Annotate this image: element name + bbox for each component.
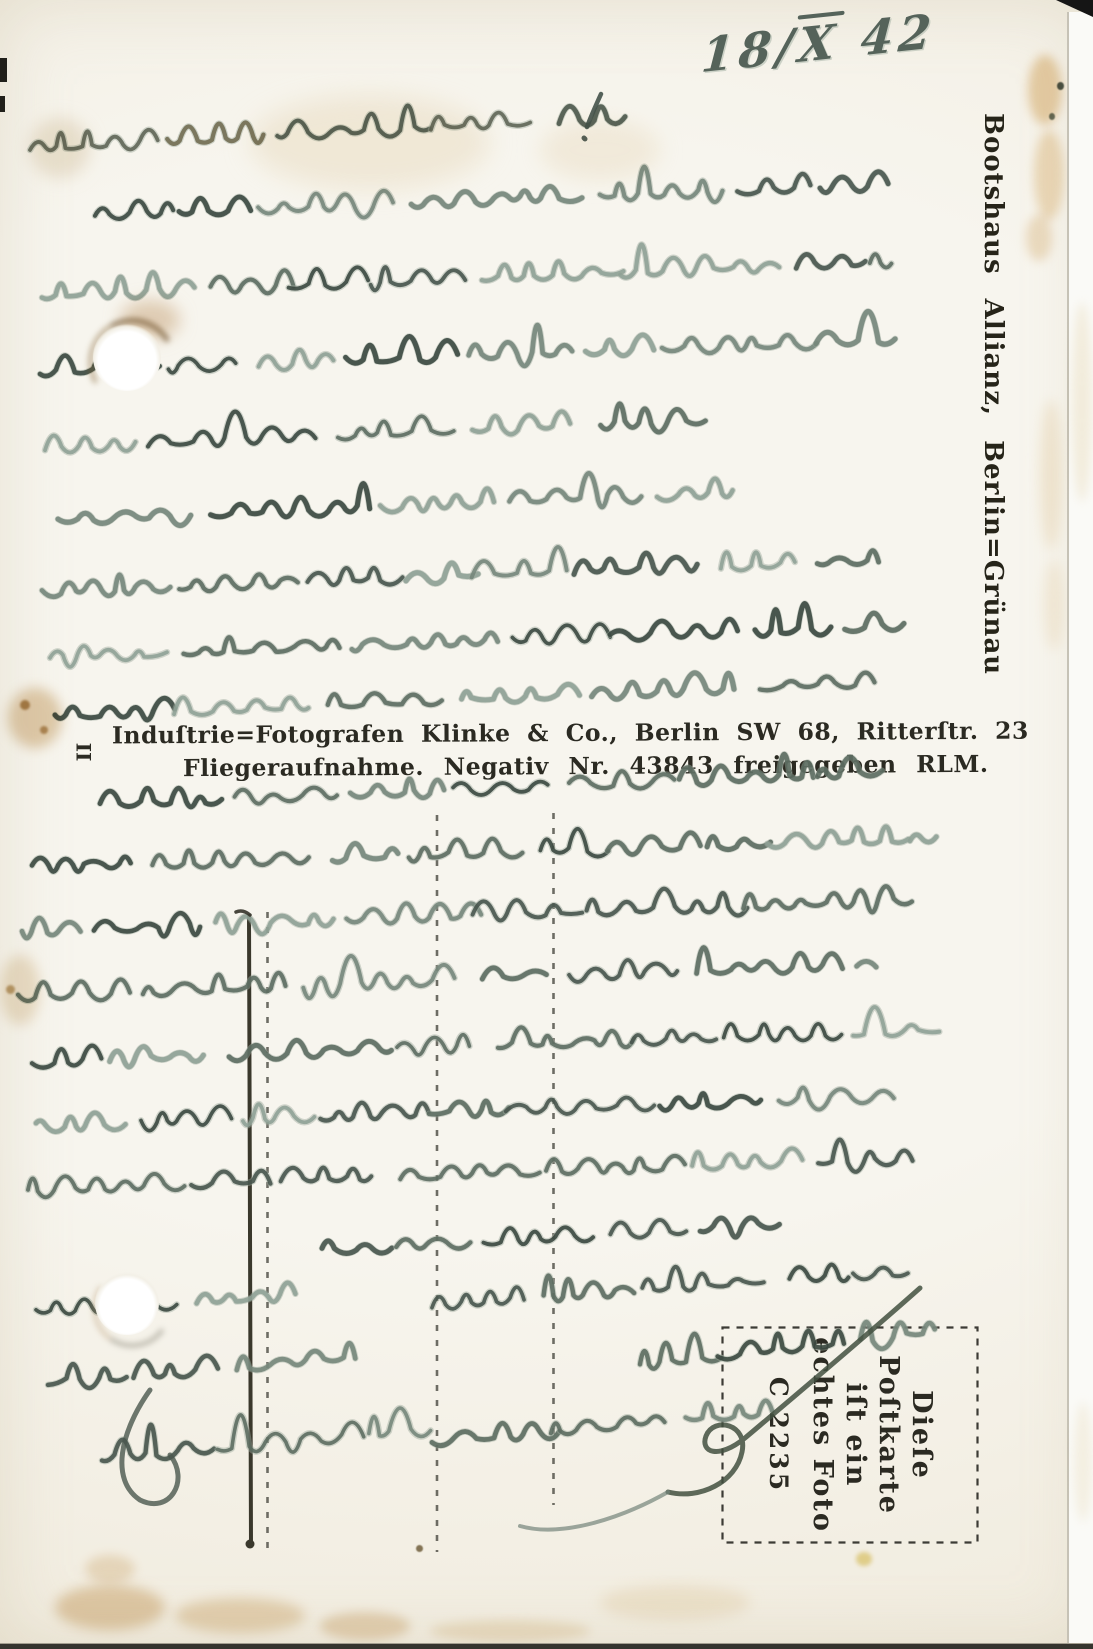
handwriting-stroke (36, 1113, 126, 1132)
scan-side-strip (1067, 12, 1093, 1646)
handwriting-stroke (369, 1408, 431, 1436)
handwriting-stroke (662, 335, 817, 353)
handwriting-stroke (697, 948, 843, 974)
handwriting-stroke (818, 1140, 912, 1172)
handwriting-stroke (853, 1007, 939, 1036)
scan-bottom-edge (0, 1643, 1093, 1649)
handwriting-stroke (322, 1241, 392, 1253)
punch-hole-top (93, 323, 161, 391)
handwriting-stroke (110, 1047, 204, 1067)
handwriting-stroke (22, 918, 81, 938)
punch-hole-bottom (95, 1271, 159, 1335)
handwriting-stroke (607, 833, 700, 855)
handwriting-stroke (816, 311, 895, 344)
handwriting-stroke (211, 483, 370, 516)
handwriting-stroke (237, 1343, 355, 1370)
handwriting-stroke (498, 1027, 634, 1048)
handwriting-stroke (592, 673, 734, 699)
handwriting-stroke (584, 138, 585, 139)
postcard-scan: Bootshaus Allianz, Berlin=Grünau Induſtr… (0, 0, 1093, 1649)
handwriting-stroke (350, 779, 444, 798)
handwriting-stroke (396, 1239, 470, 1249)
handwriting-stroke (42, 272, 194, 299)
handwriting-stroke (100, 788, 222, 807)
handwriting-stroke (642, 1267, 764, 1291)
handwriting-stroke (509, 473, 641, 507)
handwriting-stroke (574, 553, 697, 574)
handwriting-layer (0, 0, 1093, 1649)
handwriting-stroke (429, 1101, 509, 1117)
handwriting-stroke (520, 1492, 668, 1530)
handwriting-stroke (482, 968, 546, 979)
handwriting-stroke (540, 829, 608, 857)
handwriting-stroke (789, 1265, 848, 1282)
edge-mark (0, 58, 7, 82)
stain (1074, 1402, 1092, 1522)
handwriting-stroke (55, 698, 175, 720)
handwriting-stroke (718, 1331, 844, 1360)
handwriting-stroke (700, 1218, 779, 1237)
handwriting-stroke (229, 1040, 391, 1060)
handwriting-stroke (50, 646, 167, 667)
handwriting-stroke (216, 914, 334, 934)
handwriting-stroke (174, 697, 308, 714)
stain (1072, 302, 1092, 502)
handwriting-stroke (601, 404, 706, 432)
handwriting-stroke (371, 267, 466, 290)
handwriting-stroke (668, 1288, 920, 1494)
handwriting-stroke (94, 913, 200, 936)
edge-mark (0, 96, 5, 112)
handwriting-stroke (397, 1035, 469, 1055)
handwriting-stroke (411, 187, 582, 208)
handwriting-stroke (600, 167, 723, 202)
